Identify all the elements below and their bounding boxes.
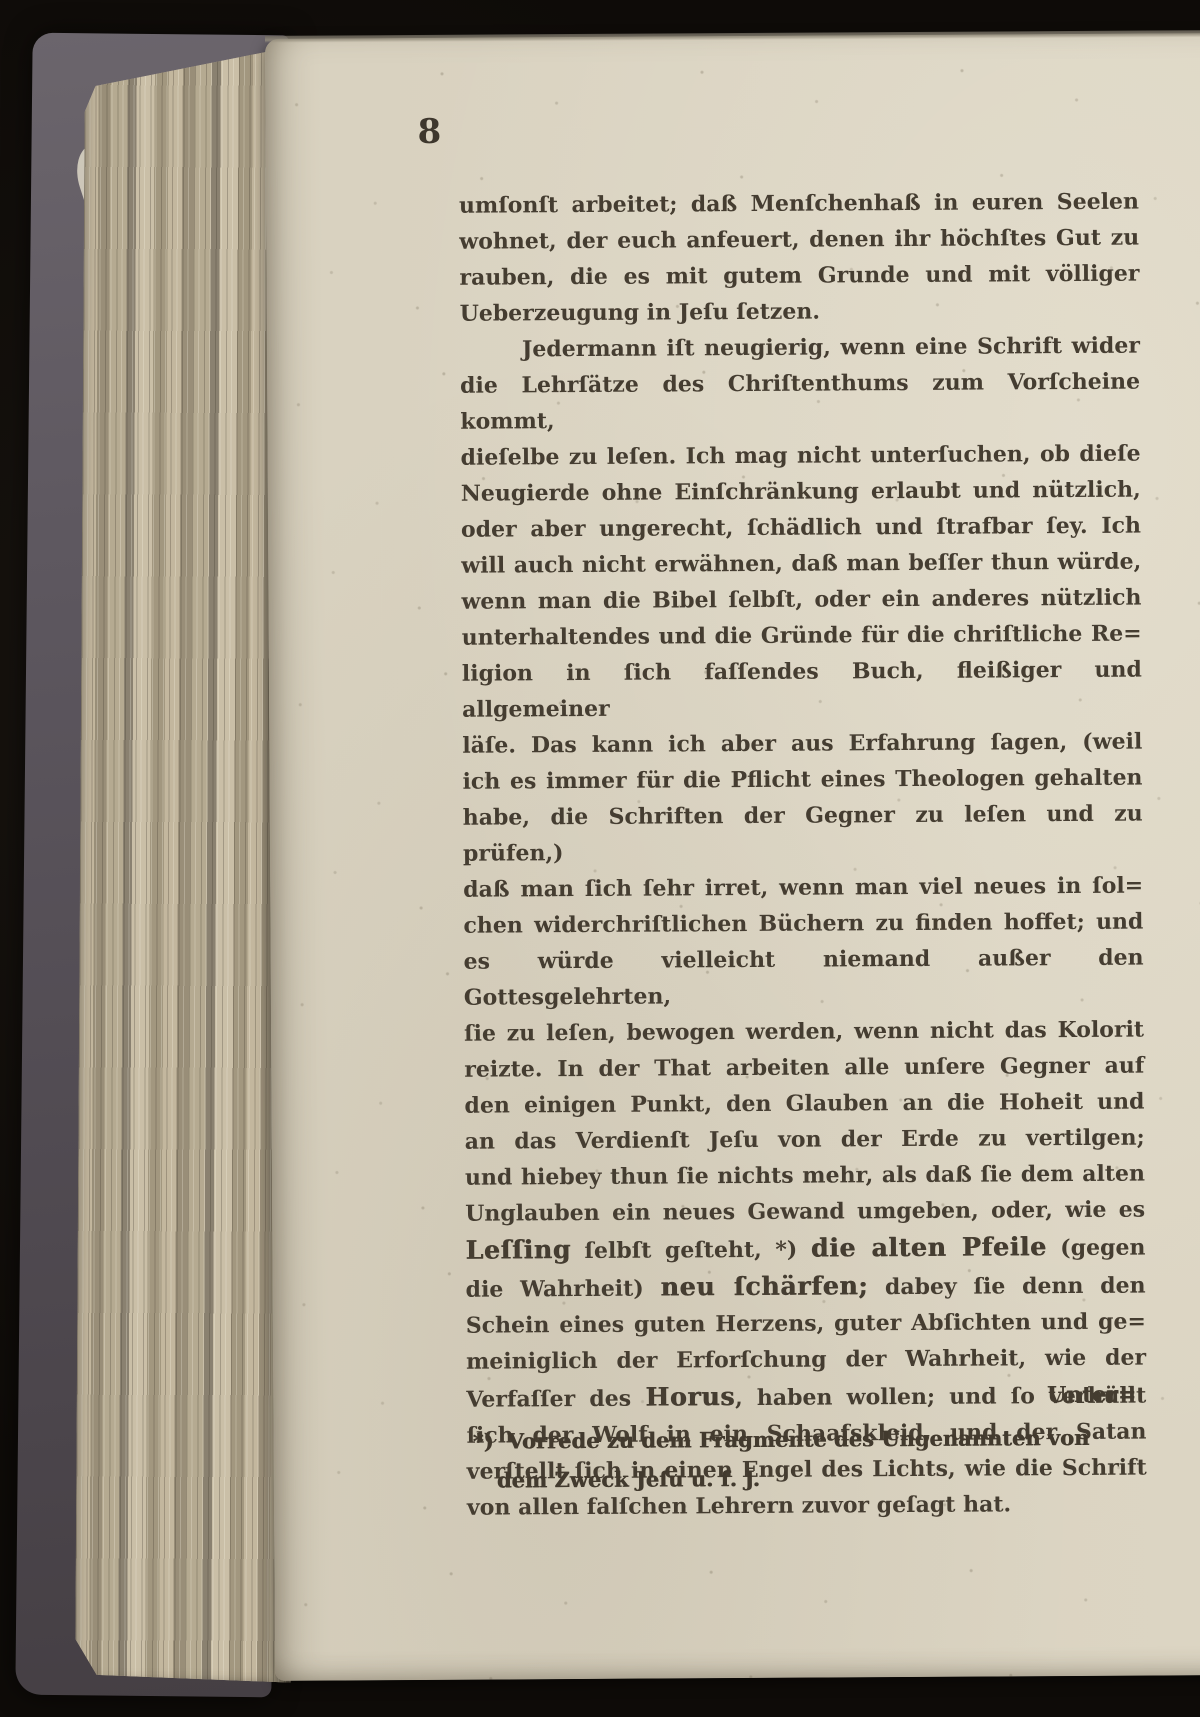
- text-line: Schein eines guten Herzens, guter Abſich…: [466, 1304, 1146, 1344]
- text-segment: ſelbſt geſteht, *): [571, 1237, 811, 1264]
- text-line: Ueberzeugung in Jeſu ſetzen.: [460, 292, 1140, 332]
- text-line: und hiebey thun ſie nichts mehr, als daß…: [465, 1156, 1145, 1196]
- text-line: Unglauben ein neues Gewand umgeben, oder…: [465, 1192, 1145, 1232]
- text-line: ligion in ſich faſſendes Buch, fleißiger…: [462, 652, 1142, 728]
- emphasized-text: die alten Pfeile: [811, 1231, 1047, 1262]
- text-line: Jedermann iſt neugierig, wenn eine Schri…: [460, 328, 1140, 368]
- footnote-text: Vorrede zu dem Fragmente des Ungenannten…: [507, 1425, 1089, 1454]
- text-line: oder aber ungerecht, ſchädlich und ſtraf…: [461, 508, 1141, 548]
- text-line: Neugierde ohne Einſchränkung erlaubt und…: [461, 472, 1141, 512]
- text-line: die Wahrheit) neu ſchärfen; dabey ſie de…: [466, 1266, 1146, 1308]
- text-line: wohnet, der euch anfeuert, denen ihr höc…: [459, 220, 1139, 260]
- text-line: reizte. In der That arbeiten alle unſere…: [464, 1048, 1144, 1088]
- text-line: den einigen Punkt, den Glauben an die Ho…: [464, 1084, 1144, 1124]
- text-line: die Lehrſätze des Chriſtenthums zum Vorſ…: [460, 364, 1140, 440]
- text-block: umſonſt arbeitet; daß Menſchenhaß in eur…: [459, 184, 1147, 1526]
- footnote-line: *)Vorrede zu dem Fragmente des Ungenannt…: [472, 1418, 1146, 1461]
- text-line: meiniglich der Erforſchung der Wahrheit,…: [466, 1340, 1146, 1380]
- text-line: es würde vielleicht niemand außer den Go…: [464, 940, 1144, 1016]
- page-number: 8: [417, 112, 442, 152]
- footnote-line: dem Zweck Jeſu u. ſ. J.: [473, 1457, 1147, 1500]
- text-line: rauben, die es mit gutem Grunde und mit …: [459, 256, 1139, 296]
- text-line: unterhaltendes und die Gründe für die ch…: [462, 616, 1142, 656]
- text-line: wenn man die Bibel ſelbſt, oder ein ande…: [461, 580, 1141, 620]
- catchword: Unter=: [466, 1382, 1146, 1412]
- text-line: chen widerchriſtlichen Büchern zu finden…: [463, 904, 1143, 944]
- text-line: an das Verdienſt Jeſu von der Erde zu ve…: [465, 1120, 1145, 1160]
- text-line: dieſelbe zu leſen. Ich mag nicht unterſu…: [460, 436, 1140, 476]
- footnote-marker: *): [472, 1428, 507, 1453]
- book-page: 8 umſonſt arbeitet; daß Menſchenhaß in e…: [265, 33, 1200, 1681]
- text-segment: (gegen: [1047, 1235, 1146, 1262]
- text-line: läſe. Das kann ich aber aus Erfahrung ſa…: [462, 724, 1142, 764]
- text-line: habe, die Schriften der Gegner zu leſen …: [463, 796, 1143, 872]
- text-line: Leſſing ſelbſt geſteht, *) die alten Pfe…: [465, 1228, 1145, 1270]
- emphasized-text: neu ſchärfen;: [660, 1270, 868, 1301]
- footnote: *)Vorrede zu dem Fragmente des Ungenannt…: [472, 1418, 1146, 1500]
- text-segment: die Wahrheit): [466, 1276, 661, 1303]
- book-scan-scene: 8 umſonſt arbeitet; daß Menſchenhaß in e…: [0, 0, 1200, 1717]
- text-line: ich es immer für die Pflicht eines Theol…: [462, 760, 1142, 800]
- text-line: umſonſt arbeitet; daß Menſchenhaß in eur…: [459, 184, 1139, 224]
- text-line: ſie zu leſen, bewogen werden, wenn nicht…: [464, 1012, 1144, 1052]
- text-line: daß man ſich ſehr irret, wenn man viel n…: [463, 868, 1143, 908]
- emphasized-text: Leſſing: [465, 1234, 571, 1265]
- text-segment: dabey ſie denn den: [868, 1273, 1146, 1301]
- text-line: will auch nicht erwähnen, daß man beſſer…: [461, 544, 1141, 584]
